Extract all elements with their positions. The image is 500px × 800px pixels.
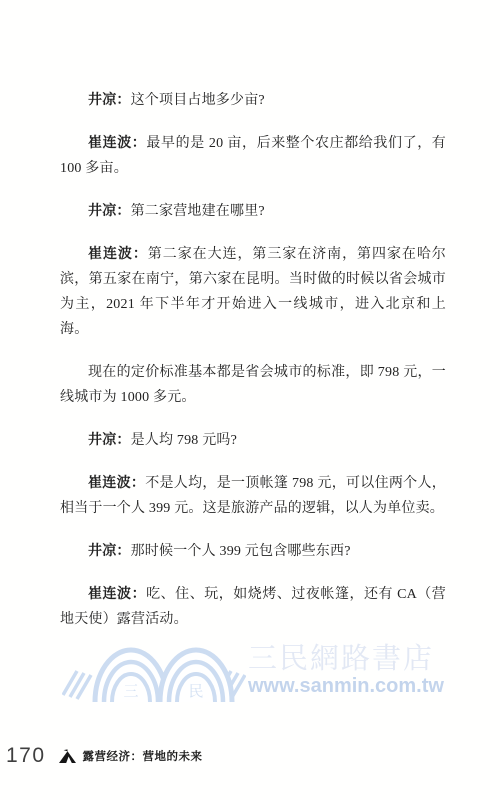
dialogue-paragraph: 井凉：那时候一个人 399 元包含哪些东西? <box>60 539 446 564</box>
page-footer: 170 露营经济：营地的未来 <box>6 744 203 768</box>
dialogue-paragraph: 崔连波：不是人均，是一顶帐篷 798 元，可以住两个人，相当于一个人 399 元… <box>60 471 446 521</box>
dialogue-content: 井凉：这个项目占地多少亩? 崔连波：最早的是 20 亩，后来整个农庄都给我们了，… <box>60 88 446 650</box>
speaker-name: 井凉： <box>88 544 131 559</box>
tent-icon <box>58 749 77 764</box>
speaker-name: 崔连波： <box>88 587 146 602</box>
logo-char-right: 民 <box>188 683 203 700</box>
watermark-text: 三民網路書店 www.sanmin.com.tw <box>248 645 448 697</box>
dialogue-paragraph: 崔连波：吃、住、玩，如烧烤、过夜帐篷，还有 CA（营地天使）露营活动。 <box>60 582 446 632</box>
speaker-name: 崔连波： <box>88 136 146 151</box>
dialogue-paragraph: 井凉：这个项目占地多少亩? <box>60 88 446 113</box>
dialogue-text: 第二家营地建在哪里? <box>131 204 265 219</box>
page-number: 170 <box>6 744 46 768</box>
book-title: 露营经济：营地的未来 <box>83 748 203 764</box>
dialogue-text: 那时候一个人 399 元包含哪些东西? <box>131 544 351 559</box>
dialogue-text: 现在的定价标准基本都是省会城市的标准，即 798 元，一线城市为 1000 多元… <box>60 365 446 405</box>
logo-char-left: 三 <box>123 683 138 700</box>
bookstore-watermark: 三 民 三民網路書店 www.sanmin.com.tw <box>60 643 450 707</box>
speaker-name: 崔连波： <box>88 476 145 491</box>
sanmin-logo-icon: 三 民 <box>62 645 246 705</box>
book-page: 井凉：这个项目占地多少亩? 崔连波：最早的是 20 亩，后来整个农庄都给我们了，… <box>0 0 500 800</box>
dialogue-paragraph: 崔连波：第二家在大连，第三家在济南，第四家在哈尔滨，第五家在南宁，第六家在昆明。… <box>60 242 446 342</box>
dialogue-paragraph: 井凉：第二家营地建在哪里? <box>60 199 446 224</box>
speaker-name: 井凉： <box>88 433 131 448</box>
store-url: www.sanmin.com.tw <box>248 675 448 697</box>
dialogue-text: 这个项目占地多少亩? <box>131 93 265 108</box>
speaker-name: 井凉： <box>88 204 131 219</box>
dialogue-paragraph: 崔连波：最早的是 20 亩，后来整个农庄都给我们了，有 100 多亩。 <box>60 131 446 181</box>
speaker-name: 崔连波： <box>88 247 148 262</box>
dialogue-paragraph: 井凉：是人均 798 元吗? <box>60 428 446 453</box>
dialogue-paragraph: 现在的定价标准基本都是省会城市的标准，即 798 元，一线城市为 1000 多元… <box>60 360 446 410</box>
dialogue-text: 是人均 798 元吗? <box>131 433 237 448</box>
speaker-name: 井凉： <box>88 93 131 108</box>
